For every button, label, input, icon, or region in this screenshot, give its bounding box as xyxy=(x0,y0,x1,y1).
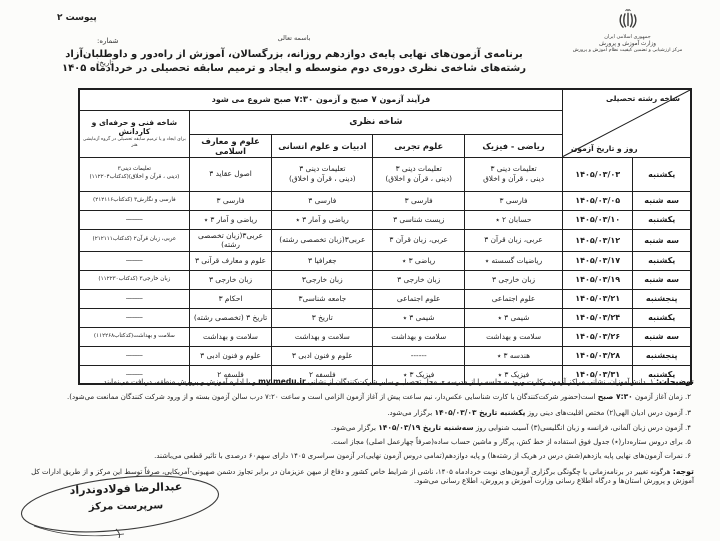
course-cell-tajrobi: زبان خارجی ۳ xyxy=(373,270,465,289)
iran-emblem-icon xyxy=(617,8,639,32)
course-cell-riazi: تعلیمات دینی ۳ دینی ، قرآن و اخلاق xyxy=(465,157,563,191)
course-cell-tajrobi: ریاضی ۳ ٭ xyxy=(373,251,465,270)
table-row: سه شنبه۱۴۰۵/۰۳/۲۶سلامت و بهداشتسلامت و ب… xyxy=(79,327,691,346)
note-2: ۲. زمان آغاز آزمون ۷:۳۰ صبح است(حضور شرک… xyxy=(26,392,694,402)
course-cell-fanni: ــــــــــ xyxy=(79,210,189,229)
date-cell: ۱۴۰۵/۰۳/۱۲ xyxy=(563,229,633,251)
note-3-text-a: ۳. آزمون درس ادیان الهی(۲) مختص اقلیت‌ها… xyxy=(525,409,691,417)
fanni-branch-title: شاخه فنی و حرفه‌ای و کاردانش xyxy=(81,119,188,136)
table-row: سه شنبه۱۴۰۵/۰۳/۱۲عربی، زبان قرآن ۳عربی، … xyxy=(79,229,691,251)
course-cell-ensani: زبان خارجی۳ xyxy=(272,270,373,289)
course-cell-fanni: فارسی و نگارش۳ (کدکتاب۲۱۲۱۱۶) xyxy=(79,191,189,210)
theory-branch-header: شاخه نظری xyxy=(189,110,562,134)
day-cell: سه شنبه xyxy=(633,229,691,251)
process-time-730: ۷:۳۰ صبح xyxy=(273,95,313,105)
date-cell: ۱۴۰۵/۰۳/۲۱ xyxy=(563,289,633,308)
course-cell-fanni: ــــــــــ xyxy=(79,308,189,327)
field-header-riazi: ریاضی - فیزیک xyxy=(465,134,563,157)
course-cell-riazi: زبان خارجی ۳ xyxy=(465,270,563,289)
note-4-text-b: برگزار می‌شود. xyxy=(331,424,378,432)
course-cell-ensani: تعلیمات دینی ۳ (دینی ، قرآن و اخلاق) xyxy=(272,157,373,191)
table-row: سه شنبه۱۴۰۵/۰۳/۱۹زبان خارجی ۳زبان خارجی … xyxy=(79,270,691,289)
document-page: جمهوری اسلامی ایران وزارت آموزش و پرورش … xyxy=(0,0,720,541)
field-header-tajrobi: علوم تجربی xyxy=(373,134,465,157)
course-cell-riazi: ریاضیات گسسته ٭ xyxy=(465,251,563,270)
notes-label: توضیحات: xyxy=(656,377,694,386)
table-row: پنجشنبه۱۴۰۵/۰۳/۲۱علوم اجتماعیعلوم اجتماع… xyxy=(79,289,691,308)
field-header-ensani: ادبیات و علوم انسانی xyxy=(272,134,373,157)
note-5: ۵. برای دروس ستاره‌دار(٭) جدول فوق استفا… xyxy=(26,438,694,447)
note-6: ۶. نمرات آزمون‌های نهایی پایه یازدهم(شش … xyxy=(26,452,694,461)
table-row: یکشنبه۱۴۰۵/۰۳/۲۴شیمی ۳ ٭شیمی ۳ ٭تاریخ ۳ت… xyxy=(79,308,691,327)
appendix-label: پیوست ۲ xyxy=(57,13,97,23)
basmala: باسمه تعالی xyxy=(20,34,568,42)
process-t1: فرآیند آزمون xyxy=(377,95,431,104)
course-cell-fanni: ــــــــــ xyxy=(79,251,189,270)
date-cell: ۱۴۰۵/۰۳/۲۶ xyxy=(563,327,633,346)
note-3-date: یکشنبه تاریخ ۱۴۰۵/۰۳/۰۳ xyxy=(434,408,525,417)
course-cell-ensani: علوم و فنون ادبی ۳ xyxy=(272,346,373,365)
course-cell-riazi: حسابان ۲ ٭ xyxy=(465,210,563,229)
table-row: یکشنبه۱۴۰۵/۰۳/۱۷ریاضیات گسسته ٭ریاضی ۳ ٭… xyxy=(79,251,691,270)
day-cell: سه شنبه xyxy=(633,191,691,210)
date-cell: ۱۴۰۵/۰۳/۰۵ xyxy=(563,191,633,210)
fanni-branch-subtitle: برای ایجاد و یا ترمیم سابقه تحصیلی در گر… xyxy=(81,137,188,148)
day-cell: سه شنبه xyxy=(633,327,691,346)
course-cell-riazi: هندسه ۳ ٭ xyxy=(465,346,563,365)
note-1: توضیحات: ۱. دانش‌آموزان، نشانی مراکز آزم… xyxy=(26,377,694,387)
course-cell-fanni: ــــــــــ xyxy=(79,346,189,365)
day-cell: یکشنبه xyxy=(633,210,691,229)
note-3-text-b: برگزار می‌شود. xyxy=(387,409,434,417)
note-2-time: ۷:۳۰ صبح xyxy=(598,392,633,401)
title-block: باسمه تعالی برنامه‌ی آزمون‌های نهایی پای… xyxy=(20,34,568,74)
day-cell: یکشنبه xyxy=(633,251,691,270)
course-cell-maaref: تاریخ ۳ (تخصصی رشته) xyxy=(189,308,272,327)
note-1-text-b: و یا اداره آموزش و پرورش منطقه، دریافت م… xyxy=(101,378,258,386)
process-time-7: ۷ صبح xyxy=(351,95,377,105)
date-cell: ۱۴۰۵/۰۳/۱۹ xyxy=(563,270,633,289)
course-cell-maaref: اصول عقاید ۳ xyxy=(189,157,272,191)
field-header-maaref: علوم و معارف اسلامی xyxy=(189,134,272,157)
course-cell-fanni: عربی، زبان قرآن۲ (کدکتاب۲۱۲۱۱۱) xyxy=(79,229,189,251)
course-cell-ensani: سلامت و بهداشت xyxy=(272,327,373,346)
course-cell-maaref: سلامت و بهداشت xyxy=(189,327,272,346)
course-cell-tajrobi: علوم اجتماعی xyxy=(373,289,465,308)
course-cell-ensani: تاریخ ۳ xyxy=(272,308,373,327)
exam-schedule-table: شاخه رشته تحصیلی روز و تاریخ آزمون فرآین… xyxy=(78,88,692,385)
process-t3: شروع می شود xyxy=(212,95,274,104)
course-cell-ensani: فارسی ۳ xyxy=(272,191,373,210)
course-cell-maaref: علوم و معارف قرآنی ۳ xyxy=(189,251,272,270)
course-cell-ensani: جامعه شناسی۳ xyxy=(272,289,373,308)
course-cell-maaref: احکام ۳ xyxy=(189,289,272,308)
page-title-line1: برنامه‌ی آزمون‌های نهایی پایه‌ی دوازدهم … xyxy=(20,49,568,60)
course-cell-tajrobi: فارسی ۳ xyxy=(373,191,465,210)
table-row: سه شنبه۱۴۰۵/۰۳/۰۵فارسی ۳فارسی ۳فارسی ۳فا… xyxy=(79,191,691,210)
course-cell-tajrobi: ------ xyxy=(373,346,465,365)
note-1-text-a: ۱. دانش‌آموزان، نشانی مراکز آزمون وکارت … xyxy=(306,378,656,386)
course-cell-riazi: سلامت و بهداشت xyxy=(465,327,563,346)
note-6-text: ۶. نمرات آزمون‌های نهایی پایه یازدهم(شش … xyxy=(154,452,691,460)
day-cell: یکشنبه xyxy=(633,308,691,327)
course-cell-fanni: زبان خارجی۳ (کدکتاب۱۱۲۲۳۰) xyxy=(79,270,189,289)
course-cell-riazi: شیمی ۳ ٭ xyxy=(465,308,563,327)
note-4-date: سه‌شنبه تاریخ ۱۴۰۵/۰۳/۱۹ xyxy=(378,423,473,432)
course-cell-ensani: جغرافیا ۳ xyxy=(272,251,373,270)
note-2-text-a: ۲. زمان آغاز آزمون xyxy=(633,393,691,401)
note-5-text: ۵. برای دروس ستاره‌دار(٭) جدول فوق استفا… xyxy=(331,438,691,446)
day-cell: سه شنبه xyxy=(633,270,691,289)
page-title-line2: رشته‌های شاخه‌ی نظری دوره‌ی دوم متوسطه و… xyxy=(20,63,568,74)
day-cell: پنجشنبه xyxy=(633,346,691,365)
date-cell: ۱۴۰۵/۰۳/۲۸ xyxy=(563,346,633,365)
course-cell-fanni: ــــــــــ xyxy=(79,289,189,308)
course-cell-riazi: علوم اجتماعی xyxy=(465,289,563,308)
letterhead-center: مرکز ارزشیابی و تضمین کیفیت نظام آموزش و… xyxy=(545,48,710,53)
course-cell-riazi: عربی، زبان قرآن ۳ xyxy=(465,229,563,251)
course-cell-ensani: ریاضی و آمار ۳ ٭ xyxy=(272,210,373,229)
day-cell: یکشنبه xyxy=(633,157,691,191)
date-cell: ۱۴۰۵/۰۳/۱۷ xyxy=(563,251,633,270)
note-2-text-b: است(حضور شرکت‌کنندگان با کارت شناسایی عک… xyxy=(67,393,598,401)
table-row: یکشنبه۱۴۰۵/۰۳/۰۳تعلیمات دینی ۳ دینی ، قر… xyxy=(79,157,691,191)
note-4: ۴. آزمون درس زبان آلمانی، فرانسه و زبان … xyxy=(26,423,694,433)
table-row: پنجشنبه۱۴۰۵/۰۳/۲۸هندسه ۳ ٭------علوم و ف… xyxy=(79,346,691,365)
course-cell-tajrobi: سلامت و بهداشت xyxy=(373,327,465,346)
course-cell-riazi: فارسی ۳ xyxy=(465,191,563,210)
course-cell-maaref: علوم و فنون ادبی ۳ xyxy=(189,346,272,365)
table-corner-cell: شاخه رشته تحصیلی روز و تاریخ آزمون xyxy=(563,89,692,157)
letterhead: جمهوری اسلامی ایران وزارت آموزش و پرورش … xyxy=(545,8,710,53)
letterhead-country: جمهوری اسلامی ایران xyxy=(545,34,710,40)
attention-label: توجه: xyxy=(673,467,694,476)
course-cell-fanni: تعلیمات دینی۳ (دینی ، قرآن و اخلاق)(کدکت… xyxy=(79,157,189,191)
course-cell-tajrobi: تعلیمات دینی ۳ (دینی ، قرآن و اخلاق) xyxy=(373,157,465,191)
corner-day-date-label: روز و تاریخ آزمون xyxy=(571,144,638,153)
course-cell-maaref: فارسی ۳ xyxy=(189,191,272,210)
note-3: ۳. آزمون درس ادیان الهی(۲) مختص اقلیت‌ها… xyxy=(26,408,694,418)
date-cell: ۱۴۰۵/۰۳/۲۴ xyxy=(563,308,633,327)
table-row: یکشنبه۱۴۰۵/۰۳/۱۰حسابان ۲ ٭زیست شناسی ۳ری… xyxy=(79,210,691,229)
corner-branch-label: شاخه رشته تحصیلی xyxy=(606,94,680,103)
course-cell-fanni: سلامت و بهداشت(کدکتاب۱۱۲۲۶۸) xyxy=(79,327,189,346)
letterhead-ministry: وزارت آموزش و پرورش xyxy=(545,41,710,47)
course-cell-maaref: ریاضی و آمار ۳ ٭ xyxy=(189,210,272,229)
course-cell-tajrobi: شیمی ۳ ٭ xyxy=(373,308,465,327)
course-cell-tajrobi: زیست شناسی ۳ xyxy=(373,210,465,229)
course-cell-maaref: زبان خارجی ۳ xyxy=(189,270,272,289)
signature-block: عبدالرضا فولادوندراد سرپرست مرکز xyxy=(16,474,236,538)
date-cell: ۱۴۰۵/۰۳/۰۳ xyxy=(563,157,633,191)
process-t2: و آزمون xyxy=(313,95,350,104)
process-note-cell: فرآیند آزمون ۷ صبح و آزمون ۷:۳۰ صبح شروع… xyxy=(79,89,563,110)
course-cell-tajrobi: عربی، زبان قرآن ۳ xyxy=(373,229,465,251)
medu-url: my.medu.ir xyxy=(258,377,306,386)
course-cell-maaref: عربی۳(زبان تخصصی رشته) xyxy=(189,229,272,251)
day-cell: پنجشنبه xyxy=(633,289,691,308)
course-cell-ensani: عربی۳(زبان تخصصی رشته) xyxy=(272,229,373,251)
date-cell: ۱۴۰۵/۰۳/۱۰ xyxy=(563,210,633,229)
fanni-branch-header: شاخه فنی و حرفه‌ای و کاردانش برای ایجاد … xyxy=(79,110,189,157)
note-4-text-a: ۴. آزمون درس زبان آلمانی، فرانسه و زبان … xyxy=(474,424,691,432)
